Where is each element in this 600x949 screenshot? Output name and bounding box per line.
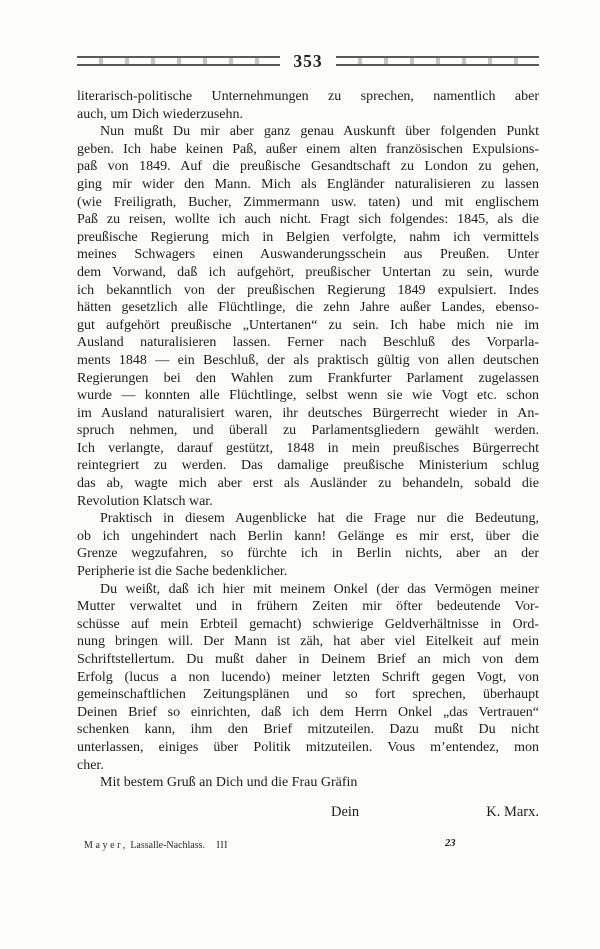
header-rule-right: [336, 56, 539, 66]
imprint-volume: III: [217, 840, 229, 851]
text-line: Revolution Klatsch war.: [77, 493, 539, 511]
text-line: meines Schwagers einen Auswanderungssche…: [77, 246, 539, 264]
text-line: Ich verlangte, darauf gestützt, 1848 in …: [77, 440, 539, 458]
running-head: 353: [77, 52, 539, 70]
text-line: reintegriert zu werden. Das damalige pre…: [77, 457, 539, 475]
text-line: Deinen Brief so einrichten, daß ich dem …: [77, 704, 539, 722]
paragraph: Praktisch in diesem Augenblicke hat die …: [77, 510, 539, 580]
page-number: 353: [293, 52, 322, 70]
text-line: Mit bestem Gruß an Dich und die Frau Grä…: [77, 774, 539, 792]
text-line: Regierungen bei den Wahlen zum Frankfurt…: [77, 370, 539, 388]
signature-name: K. Marx.: [486, 803, 539, 821]
text-line: (wie Freiligrath, Bucher, Zimmermann usw…: [77, 194, 539, 212]
paragraph: Du weißt, daß ich hier mit meinem Onkel …: [77, 581, 539, 775]
text-line: wurde — konnten alle Flüchtlinge, selbst…: [77, 387, 539, 405]
signature-row: Dein K. Marx.: [77, 803, 539, 821]
text-line: ging mir wider den Mann. Mich als Englän…: [77, 176, 539, 194]
text-line: ments 1848 — ein Beschluß, der als prakt…: [77, 352, 539, 370]
text-line: Mutter verwaltet und in frühern Zeiten m…: [77, 598, 539, 616]
text-line: Paß zu reisen, wollte ich auch nicht. Fr…: [77, 211, 539, 229]
text-line: spruch nehmen, und überall zu Parlaments…: [77, 422, 539, 440]
sheet-mark: 23: [445, 838, 456, 849]
imprint-title: Lassalle-Nachlass.: [130, 840, 205, 851]
text-line: Ausland naturalisieren lassen. Ferner na…: [77, 334, 539, 352]
page-footer: Mayer, Lassalle-Nachlass. III 23: [77, 838, 539, 852]
paragraph: literarisch-politische Unternehmungen zu…: [77, 88, 539, 123]
page-content: 353 literarisch-politische Unternehmunge…: [77, 0, 539, 852]
text-line: Schriftstellertum. Du mußt daher in Dein…: [77, 651, 539, 669]
text-line: ich bekanntlich von der preußischen Regi…: [77, 282, 539, 300]
text-line: Erfolg (lucus a non lucendo) meiner letz…: [77, 669, 539, 687]
header-rule-left: [77, 56, 280, 66]
text-line: das ab, wagte mich aber erst als Ausländ…: [77, 475, 539, 493]
text-line: Du weißt, daß ich hier mit meinem Onkel …: [77, 581, 539, 599]
text-line: paß von 1849. Auf die preußische Gesandt…: [77, 158, 539, 176]
text-line: unterlassen, einiges über Politik mitzut…: [77, 739, 539, 757]
text-line: schenken kann, ihm den Brief mitzuteilen…: [77, 721, 539, 739]
text-line: hätten gesetzlich alle Flüchtlinge, die …: [77, 299, 539, 317]
text-line: Praktisch in diesem Augenblicke hat die …: [77, 510, 539, 528]
imprint-editor: Mayer,: [84, 840, 128, 851]
text-line: auch, um Dich wiederzusehn.: [77, 106, 539, 124]
text-line: nung bringen will. Der Mann ist zäh, hat…: [77, 633, 539, 651]
text-line: gemeinschaftlichen Zeitungsplänen und so…: [77, 686, 539, 704]
paragraph: Nun mußt Du mir aber ganz genau Auskunft…: [77, 123, 539, 510]
letter-body: literarisch-politische Unternehmungen zu…: [77, 88, 539, 792]
footer-imprint: Mayer, Lassalle-Nachlass. III: [84, 840, 228, 851]
text-line: im Ausland naturalisiert waren, ihr deut…: [77, 405, 539, 423]
text-line: gut aufgehört preußische „Untertanen“ zu…: [77, 317, 539, 335]
text-line: dem Vorwand, daß ich aufgehört, preußisc…: [77, 264, 539, 282]
text-line: literarisch-politische Unternehmungen zu…: [77, 88, 539, 106]
text-line: preußische Regierung mich in Belgien ver…: [77, 229, 539, 247]
text-line: Grenze wegzufahren, so fürchte ich in Be…: [77, 545, 539, 563]
text-line: geben. Ich habe keinen Paß, außer einem …: [77, 141, 539, 159]
text-line: cher.: [77, 757, 539, 775]
paragraph: Mit bestem Gruß an Dich und die Frau Grä…: [77, 774, 539, 792]
signature-salutation: Dein: [331, 803, 359, 821]
text-line: Peripherie ist die Sache bedenklicher.: [77, 563, 539, 581]
text-line: ob ich ungehindert nach Berlin kann! Gel…: [77, 528, 539, 546]
book-page: 353 literarisch-politische Unternehmunge…: [0, 0, 600, 949]
text-line: Nun mußt Du mir aber ganz genau Auskunft…: [77, 123, 539, 141]
text-line: schüsse auf mein Erbteil gemacht) schwie…: [77, 616, 539, 634]
